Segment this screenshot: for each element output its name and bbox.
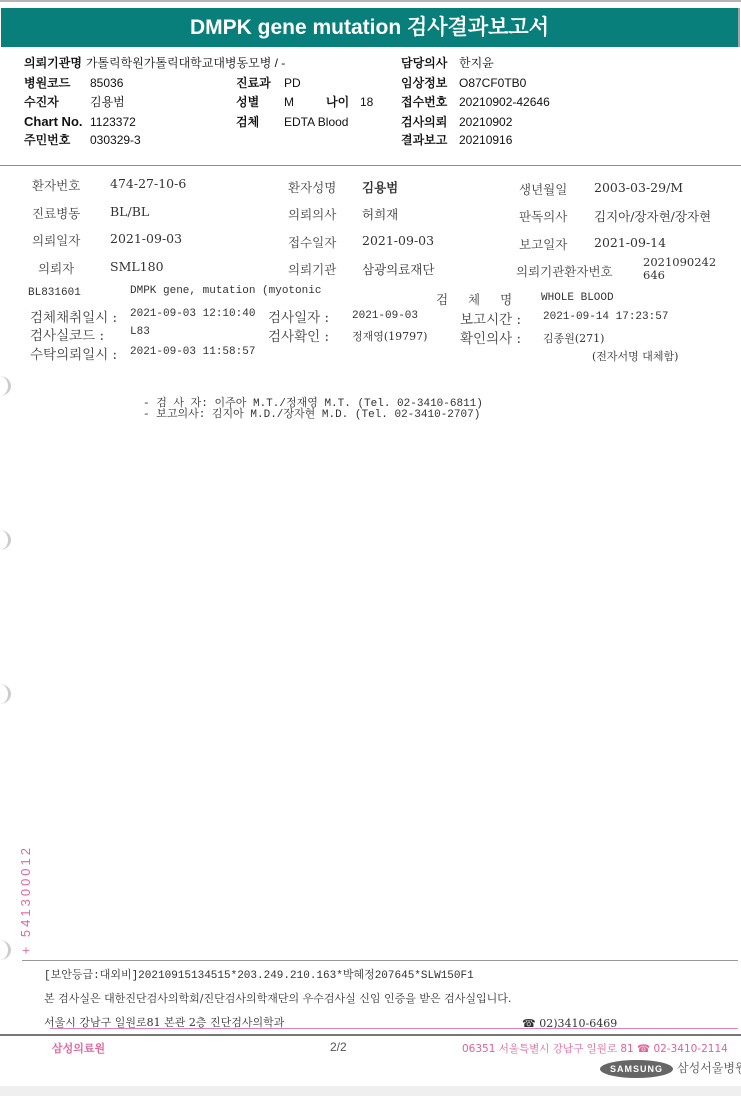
electronic-signature-note: (전자서명 대체함)	[592, 348, 678, 364]
value: 030329-3	[90, 133, 141, 147]
header-row-sex: 성별M나이18	[236, 94, 373, 110]
lab-code: L83	[130, 326, 150, 338]
org-name: 삼성의료원	[52, 1040, 105, 1056]
label: 진료병동	[32, 204, 80, 222]
label: 의뢰기관명	[24, 55, 82, 71]
label: 의뢰기관	[288, 260, 336, 278]
label: 보고일자	[519, 235, 567, 253]
header-divider	[0, 165, 741, 166]
value: O87CF0TB0	[459, 76, 526, 90]
header-row-clinical: 임상정보O87CF0TB0	[401, 75, 526, 91]
value: 한지윤	[459, 56, 494, 70]
report-title: DMPK gene mutation 검사결과보고서	[1, 8, 740, 47]
label: 생년월일	[519, 180, 567, 198]
label: 임상정보	[401, 75, 459, 91]
header-row-chart: Chart No.1123372	[24, 114, 136, 130]
value: 김용범	[90, 95, 125, 109]
label: 검사일자 :	[268, 306, 329, 326]
punch-hole	[0, 376, 11, 396]
reading-doctor: 김지아/장자현/장자현	[594, 207, 711, 225]
label: 수진자	[24, 94, 90, 110]
hospital-logo: SAMSUNG 삼성서울병원	[600, 1059, 741, 1078]
label: 환자성명	[288, 178, 336, 196]
samsung-logo-icon: SAMSUNG	[600, 1060, 673, 1078]
header-row-hospital-code: 병원코드85036	[24, 75, 123, 91]
test-date: 2021-09-03	[352, 310, 418, 322]
value: PD	[284, 76, 301, 90]
label: 병원코드	[24, 75, 90, 91]
label: 성별	[236, 94, 284, 110]
pink-rule	[50, 1028, 738, 1029]
security-line: [보안등급:대외비]20210915134515*203.249.210.163…	[44, 966, 474, 982]
label: 수탁의뢰일시 :	[30, 343, 117, 363]
label: 나이	[326, 94, 360, 110]
punch-hole	[0, 530, 11, 550]
report-date: 2021-09-14	[594, 235, 666, 250]
report-time: 2021-09-14 17:23:57	[543, 311, 668, 323]
value: EDTA Blood	[284, 115, 348, 129]
label: 검사실코드 :	[30, 324, 104, 344]
footer-divider	[22, 960, 738, 961]
receipt-date: 2021-09-03	[362, 233, 434, 248]
header-row-dept: 진료과PD	[236, 75, 301, 91]
test-code: BL831601	[28, 287, 81, 299]
label: 확인의사 :	[460, 327, 521, 347]
requesting-institution: 삼광의료재단	[362, 260, 434, 278]
label: 접수번호	[401, 94, 459, 110]
label: 검사의뢰	[401, 114, 459, 130]
request-date: 2021-09-03	[110, 231, 182, 246]
header-row-result: 결과보고20210916	[401, 132, 512, 148]
value: 20210916	[459, 133, 512, 147]
label: 접수일자	[288, 233, 336, 251]
label: 결과보고	[401, 132, 459, 148]
label: 의뢰의사	[288, 205, 336, 223]
bottom-gutter	[0, 1086, 741, 1096]
value: 85036	[90, 76, 123, 90]
value: 가톨릭학원가톨릭대학교대병동모병 / -	[86, 56, 285, 70]
confirming-doctor: 김종원(271)	[543, 330, 604, 346]
ward: BL/BL	[110, 204, 149, 219]
label: 보고시간 :	[460, 308, 521, 328]
hospital-name: 삼성서울병원	[677, 1061, 741, 1075]
header-row-institution: 의뢰기관명 가톨릭학원가톨릭대학교대병동모병 / -	[24, 55, 285, 71]
label: 의뢰일자	[32, 231, 80, 249]
birth-date: 2003-03-29/M	[594, 180, 683, 195]
collection-datetime: 2021-09-03 12:10:40	[130, 308, 255, 320]
hospital-address: 06351 서울특별시 강남구 일원로 81 ☎ 02-3410-2114	[462, 1041, 728, 1056]
test-name: DMPK gene, mutation (myotonic	[130, 285, 321, 297]
patient-name: 김용범	[362, 178, 398, 196]
label: 환자번호	[32, 176, 80, 194]
label: 검 체 명	[436, 290, 520, 308]
specimen-name: WHOLE BLOOD	[541, 292, 614, 304]
label: 진료과	[236, 75, 284, 91]
gray-rule	[0, 1034, 741, 1036]
header-row-doctor: 담당의사한지윤	[401, 55, 494, 71]
label: Chart No.	[24, 114, 90, 130]
label: 의뢰자	[38, 259, 74, 277]
test-confirmer: 정재영(19797)	[352, 328, 427, 344]
label: 검체	[236, 114, 284, 130]
value: 18	[360, 95, 373, 109]
header-row-patient: 수진자김용범	[24, 94, 125, 110]
institution-patient-number: 2021090242646	[643, 256, 723, 282]
label: 주민번호	[24, 132, 90, 148]
certification-note: 본 검사실은 대한진단검사의학회/진단검사의학재단의 우수검사실 신임 인증을 …	[44, 990, 511, 1006]
page-number: 2/2	[330, 1040, 347, 1054]
header-row-receipt: 접수번호20210902-42646	[401, 94, 550, 110]
punch-hole	[0, 684, 11, 704]
requester: SML180	[110, 259, 164, 274]
label: 의뢰기관환자번호	[516, 262, 613, 280]
label: 판독의사	[519, 207, 567, 225]
value: 20210902	[459, 115, 512, 129]
header-row-id: 주민번호030329-3	[24, 132, 141, 148]
punch-hole	[0, 940, 11, 960]
requesting-doctor: 허희재	[362, 205, 398, 223]
consignment-datetime: 2021-09-03 11:58:57	[130, 346, 255, 358]
label: 담당의사	[401, 55, 459, 71]
value: M	[284, 94, 326, 110]
top-border	[0, 0, 741, 2]
value: 20210902-42646	[459, 95, 550, 109]
header-row-request: 검사의뢰20210902	[401, 114, 512, 130]
side-serial-number: + 541300012	[18, 845, 33, 954]
label: 검사확인 :	[268, 325, 329, 345]
reporting-doctor-info: - 보고의사: 김지아 M.D./장자현 M.D. (Tel. 02-3410-…	[143, 405, 480, 421]
header-row-specimen: 검체EDTA Blood	[236, 114, 348, 130]
value: 1123372	[90, 115, 136, 129]
patient-number: 474-27-10-6	[110, 176, 186, 191]
label: 검체채취일시 :	[30, 306, 117, 326]
